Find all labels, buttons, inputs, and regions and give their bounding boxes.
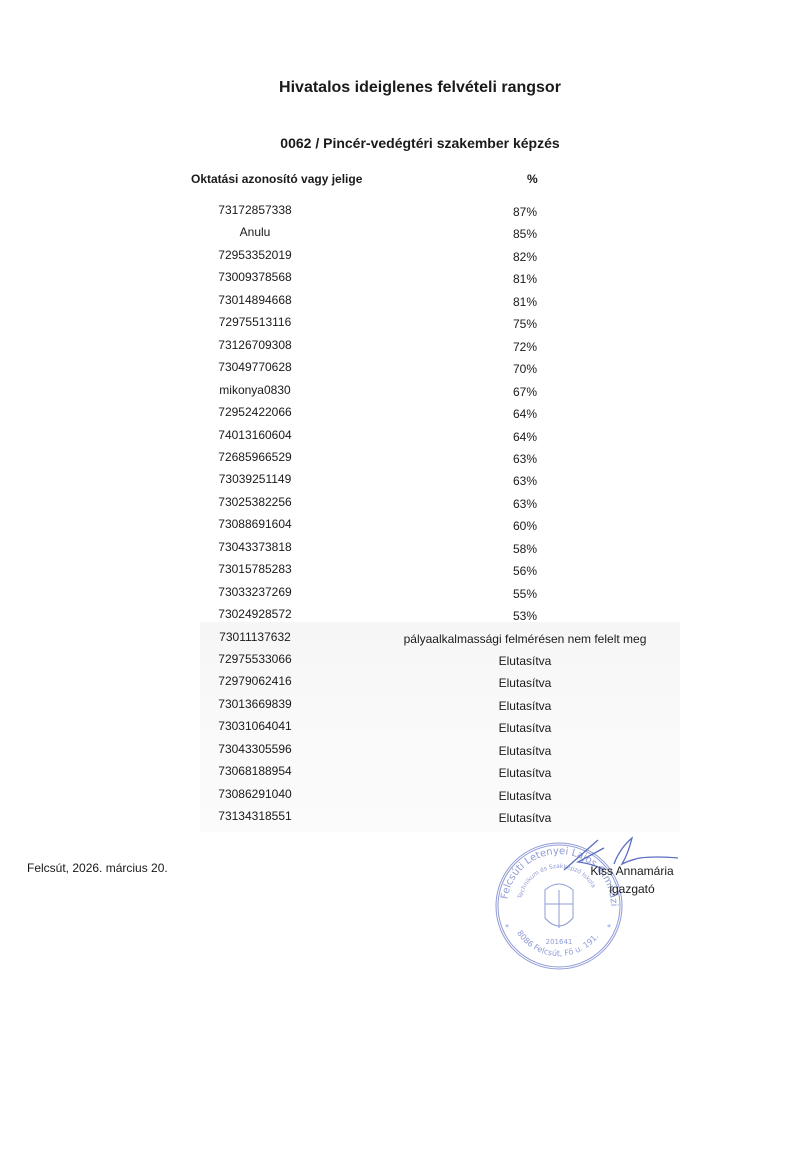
applicant-id: 73126709308 (185, 338, 325, 352)
applicant-result: 75% (400, 317, 650, 331)
table-row: 73068188954Elutasítva (0, 761, 800, 783)
table-row: Anulu85% (0, 222, 800, 244)
applicant-id: 73024928572 (185, 607, 325, 621)
applicant-result: 64% (400, 407, 650, 421)
applicant-result: Elutasítva (400, 676, 650, 690)
applicant-result: 81% (400, 295, 650, 309)
applicant-result: Elutasítva (400, 654, 650, 668)
applicant-id: 72952422066 (185, 405, 325, 419)
table-row: 7301489466881% (0, 290, 800, 312)
column-header-percent: % (527, 172, 538, 186)
applicant-id: 72685966529 (185, 450, 325, 464)
program-title: 0062 / Pincér-vedégtéri szakember képzés (0, 135, 800, 151)
applicant-result: 63% (400, 497, 650, 511)
applicant-result: Elutasítva (400, 789, 650, 803)
table-row: 7301578528356% (0, 559, 800, 581)
applicant-id: 73039251149 (185, 472, 325, 486)
table-row: 7302492857253% (0, 604, 800, 626)
table-row: 7268596652963% (0, 447, 800, 469)
column-header-id: Oktatási azonosító vagy jelige (191, 172, 362, 186)
applicant-id: 73172857338 (185, 203, 325, 217)
applicant-id: 73049770628 (185, 360, 325, 374)
applicant-id: 72953352019 (185, 248, 325, 262)
applicant-id: mikonya0830 (185, 383, 325, 397)
applicant-result: 56% (400, 564, 650, 578)
applicant-result: Elutasítva (400, 699, 650, 713)
table-row: 73043305596Elutasítva (0, 739, 800, 761)
applicant-id: 73068188954 (185, 764, 325, 778)
table-row: 7295242206664% (0, 402, 800, 424)
svg-text:*: * (607, 923, 611, 932)
applicant-id: 73009378568 (185, 270, 325, 284)
applicant-result: 87% (400, 205, 650, 219)
table-row: 7302538225663% (0, 492, 800, 514)
table-row: 7317285733887% (0, 200, 800, 222)
applicant-id: 74013160604 (185, 428, 325, 442)
table-row: 72975533066Elutasítva (0, 649, 800, 671)
applicant-id: 73033237269 (185, 585, 325, 599)
applicant-id: 73086291040 (185, 787, 325, 801)
applicant-result: 64% (400, 430, 650, 444)
table-row: 7295335201982% (0, 245, 800, 267)
applicant-result: Elutasítva (400, 744, 650, 758)
applicant-result: Elutasítva (400, 766, 650, 780)
table-row: 7312670930872% (0, 335, 800, 357)
table-row: 72979062416Elutasítva (0, 671, 800, 693)
table-row: 73086291040Elutasítva (0, 784, 800, 806)
table-row: 73011137632pályaalkalmassági felmérésen … (0, 627, 800, 649)
applicant-result: pályaalkalmassági felmérésen nem felelt … (400, 632, 650, 646)
applicant-result: 70% (400, 362, 650, 376)
table-row: 7304337381858% (0, 537, 800, 559)
applicant-result: 67% (400, 385, 650, 399)
applicant-id: 72975533066 (185, 652, 325, 666)
table-row: 73134318551Elutasítva (0, 806, 800, 828)
applicant-result: Elutasítva (400, 721, 650, 735)
applicant-result: 63% (400, 452, 650, 466)
table-row: 7401316060464% (0, 425, 800, 447)
table-row: 73031064041Elutasítva (0, 716, 800, 738)
table-row: 7300937856881% (0, 267, 800, 289)
table-row: 7297551311675% (0, 312, 800, 334)
document-title: Hivatalos ideiglenes felvételi rangsor (0, 79, 800, 97)
applicant-result: 63% (400, 474, 650, 488)
applicant-result: 60% (400, 519, 650, 533)
applicant-result: 82% (400, 250, 650, 264)
applicant-id: 73015785283 (185, 562, 325, 576)
applicant-result: 53% (400, 609, 650, 623)
applicant-id: 73025382256 (185, 495, 325, 509)
applicant-result: 85% (400, 227, 650, 241)
applicant-id: 73043373818 (185, 540, 325, 554)
table-row: 7304977062870% (0, 357, 800, 379)
applicant-result: 81% (400, 272, 650, 286)
signer-name: Kiss Annamária (572, 862, 692, 880)
applicant-id: 73088691604 (185, 517, 325, 531)
applicant-result: 55% (400, 587, 650, 601)
table-row: 7303323726955% (0, 582, 800, 604)
applicant-result: Elutasítva (400, 811, 650, 825)
applicant-id: 73011137632 (185, 630, 325, 644)
signer-block: Kiss Annamária igazgató (572, 862, 692, 898)
svg-text:201641: 201641 (546, 938, 573, 946)
applicant-id: 73031064041 (185, 719, 325, 733)
applicant-id: 72975513116 (185, 315, 325, 329)
table-row: 7303925114963% (0, 469, 800, 491)
place-date: Felcsút, 2026. március 20. (27, 861, 168, 875)
table-row: mikonya083067% (0, 380, 800, 402)
applicant-id: Anulu (185, 225, 325, 239)
signer-role: igazgató (572, 880, 692, 898)
applicant-id: 73013669839 (185, 697, 325, 711)
applicant-result: 58% (400, 542, 650, 556)
applicant-id: 73043305596 (185, 742, 325, 756)
applicant-id: 73134318551 (185, 809, 325, 823)
applicant-result: 72% (400, 340, 650, 354)
table-row: 7308869160460% (0, 514, 800, 536)
table-row: 73013669839Elutasítva (0, 694, 800, 716)
svg-text:*: * (505, 923, 509, 932)
applicant-id: 72979062416 (185, 674, 325, 688)
applicant-id: 73014894668 (185, 293, 325, 307)
